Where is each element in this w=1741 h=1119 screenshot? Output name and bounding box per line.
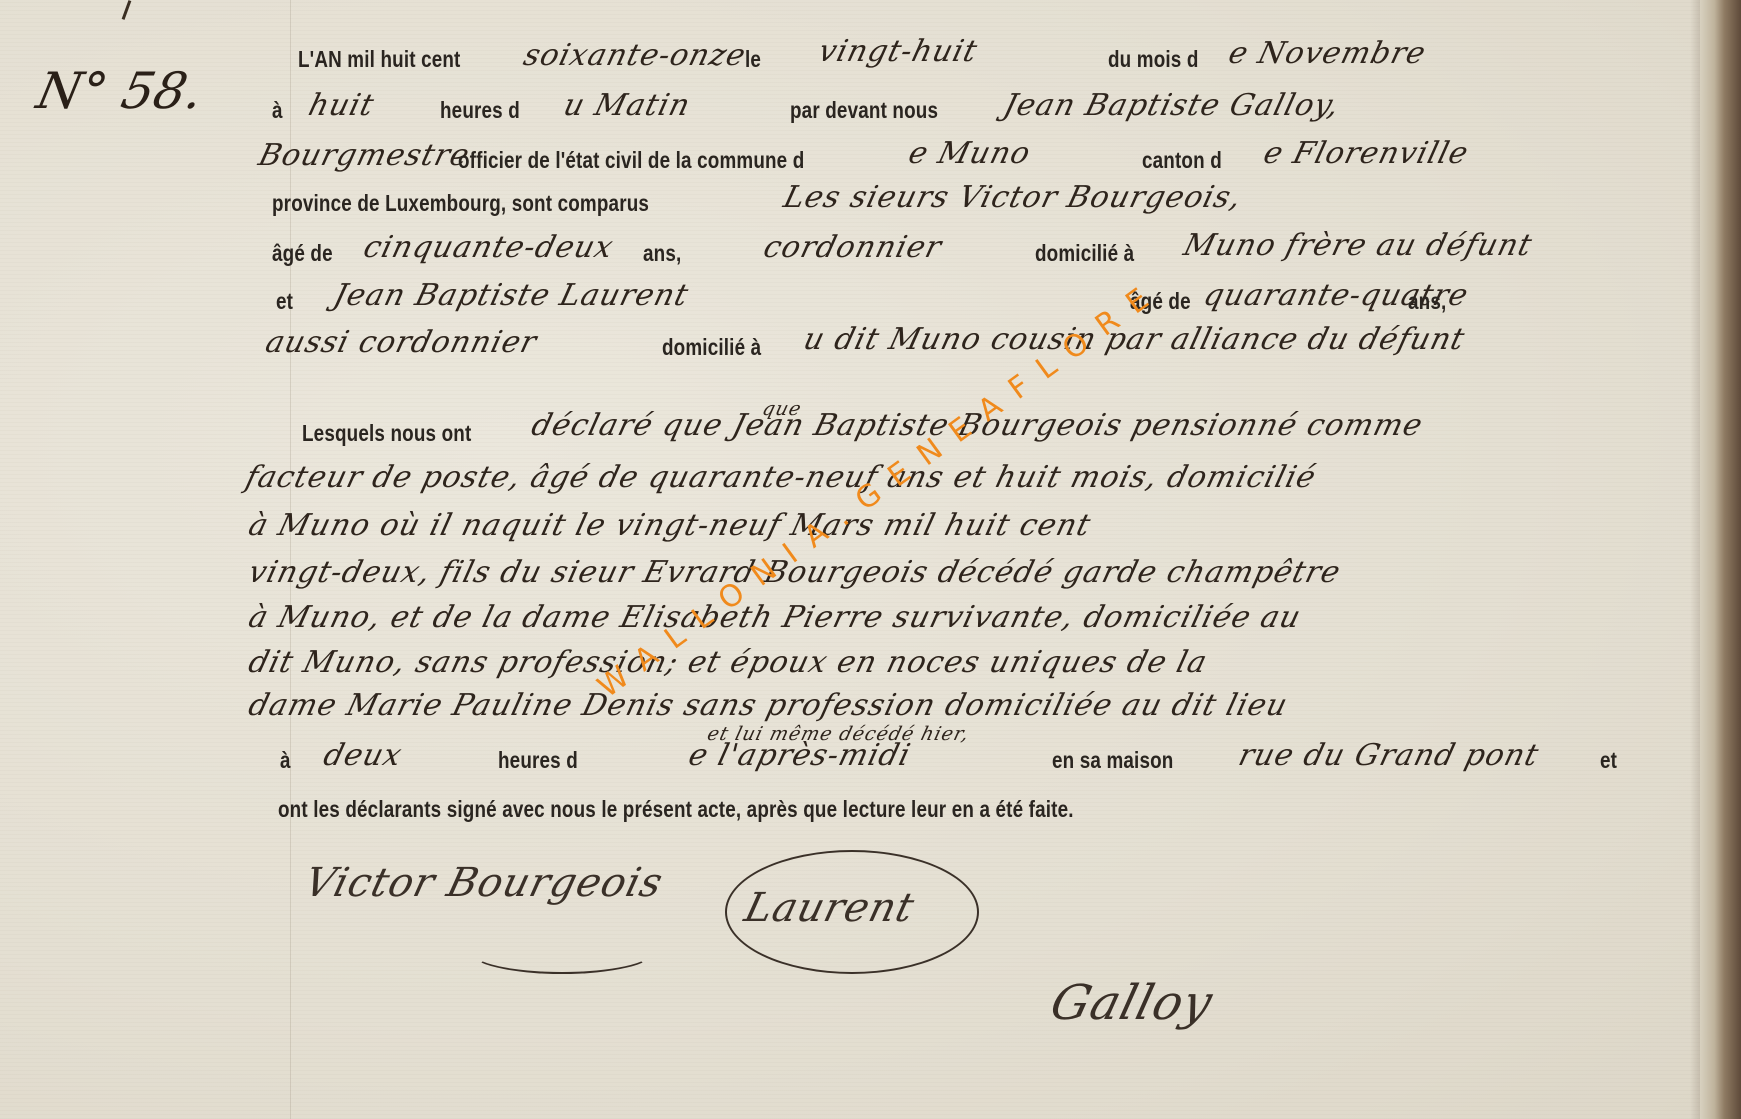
printed-text: domicilié à <box>1035 240 1134 267</box>
handwritten-declaration: dame Marie Pauline Denis sans profession… <box>245 688 1292 723</box>
printed-text: officier de l'état civil de la commune d <box>458 147 804 174</box>
printed-text: L'AN mil huit cent <box>298 46 461 73</box>
printed-text: Lesquels nous ont <box>302 420 471 447</box>
handwritten-officer-name: Jean Baptiste Galloy, <box>1000 88 1343 123</box>
handwritten-period: u Matin <box>560 88 694 123</box>
printed-text: canton d <box>1142 147 1222 174</box>
handwritten-month: e Novembre <box>1225 36 1430 71</box>
handwritten-day: vingt-huit <box>815 34 981 69</box>
printed-text: heures d <box>498 747 578 774</box>
handwritten-residence-2: u dit Muno cousin par alliance du défunt <box>800 322 1469 357</box>
printed-text: à <box>272 97 283 124</box>
printed-text: du mois d <box>1108 46 1199 73</box>
handwritten-canton: e Florenville <box>1260 136 1472 171</box>
signature-victor-bourgeois: Victor Bourgeois <box>300 860 668 906</box>
printed-text: et <box>1600 747 1617 774</box>
entry-number: N° 58. <box>32 62 209 120</box>
document-page: N° 58. L'AN mil huit cent soixante-onze … <box>0 0 1700 1119</box>
handwritten-declaration: à Muno, et de la dame Elisabeth Pierre s… <box>245 600 1305 635</box>
handwritten-period-death: e l'après-midi <box>685 738 914 773</box>
book-gutter <box>1700 0 1741 1119</box>
handwritten-title: Bourgmestre <box>255 138 473 173</box>
handwritten-commune: e Muno <box>905 136 1034 171</box>
printed-text: à <box>280 747 291 774</box>
handwritten-residence-1: Muno frère au défunt <box>1180 228 1536 263</box>
handwritten-occupation-2: aussi cordonnier <box>262 325 541 360</box>
signature-laurent: Laurent <box>740 885 919 931</box>
handwritten-witness-2: Jean Baptiste Laurent <box>330 278 692 313</box>
handwritten-declaration: facteur de poste, âgé de quarante-neuf a… <box>242 460 1320 495</box>
handwritten-year: soixante-onze <box>520 38 750 73</box>
handwritten-hour: huit <box>305 88 378 123</box>
printed-text: par devant nous <box>790 97 938 124</box>
handwritten-declaration: à Muno où il naquit le vingt-neuf Mars m… <box>245 508 1095 543</box>
signature-flourish <box>470 930 654 974</box>
handwritten-witness-1: Les sieurs Victor Bourgeois, <box>780 180 1246 215</box>
printed-text: en sa maison <box>1052 747 1173 774</box>
signature-galloy: Galloy <box>1045 975 1219 1031</box>
printed-text: ans, <box>643 240 681 267</box>
handwritten-address: rue du Grand pont <box>1235 738 1543 773</box>
printed-text: heures d <box>440 97 520 124</box>
printed-text: le <box>745 46 761 73</box>
printed-text: province de Luxembourg, sont comparus <box>272 190 649 217</box>
handwritten-occupation-1: cordonnier <box>760 230 946 265</box>
printed-text: âgé de <box>272 240 333 267</box>
printed-text: ont les déclarants signé avec nous le pr… <box>278 796 1074 823</box>
handwritten-age-1: cinquante-deux <box>360 230 617 265</box>
handwritten-declaration: dit Muno, sans profession; et époux en n… <box>245 645 1211 680</box>
printed-text: ans, <box>1408 288 1446 315</box>
handwritten-hour-death: deux <box>320 738 406 773</box>
ink-stroke <box>122 0 132 20</box>
printed-text: domicilié à <box>662 334 761 361</box>
printed-text: et <box>276 288 293 315</box>
